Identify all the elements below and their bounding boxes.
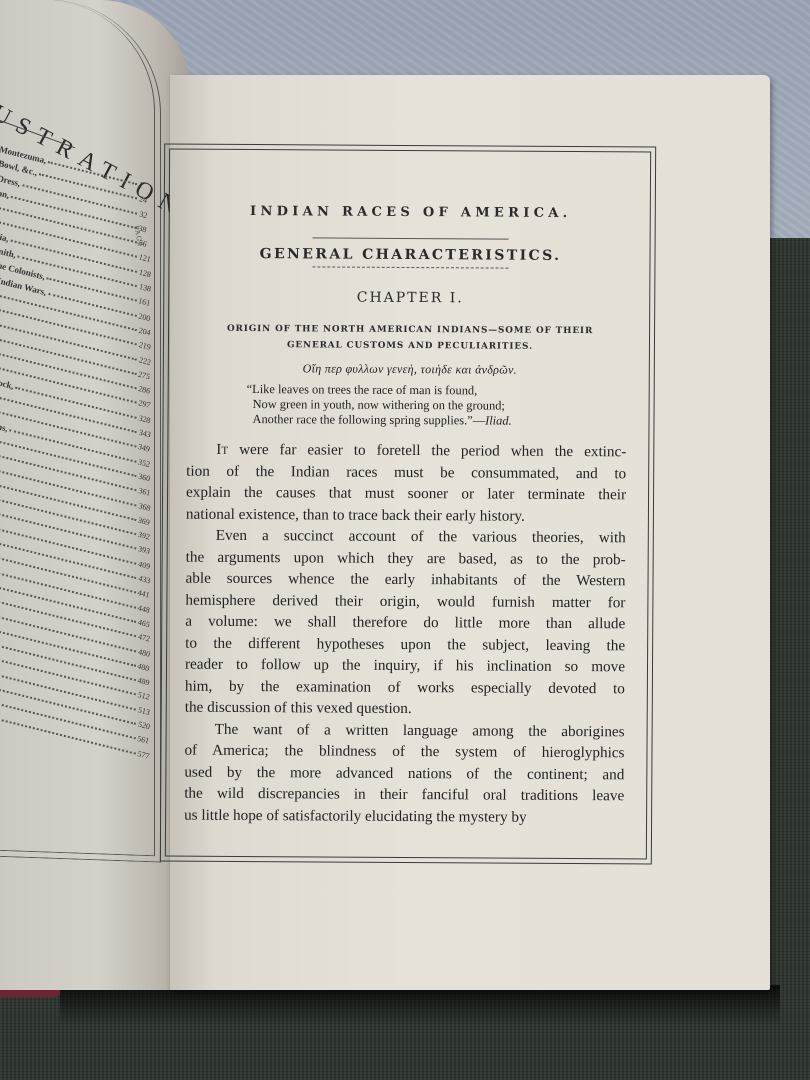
- text-line: of America; the blindness of the system …: [184, 740, 624, 764]
- text-line: the arguments upon which they are based,…: [186, 546, 626, 570]
- text-line: the discussion of this vexed question.: [185, 697, 625, 721]
- text-line: used by the more advanced nations of the…: [184, 761, 624, 785]
- paragraph: Even a succinct account of the various t…: [185, 525, 626, 721]
- chapter-title: CHAPTER I.: [183, 289, 637, 308]
- body-text: It were far easier to foretell the perio…: [180, 439, 636, 829]
- epigraph: “Like leaves on trees the race of man is…: [246, 382, 636, 429]
- text-line: hemisphere derived their origin, would f…: [185, 589, 625, 613]
- text-line: able sources whence the early inhabitant…: [185, 568, 625, 592]
- paragraph: It were far easier to foretell the perio…: [186, 439, 627, 528]
- greek-epigraph: Οἵη περ φυλλων γενεὴ, τοιὴδε και ἀνδρῶν.: [183, 361, 637, 379]
- text-line: him, by the examination of works especia…: [185, 675, 625, 699]
- book-shadow: [60, 985, 780, 1025]
- text-line: The want of a written language among the…: [185, 718, 625, 742]
- text-line: tion of the Indian races must be consumm…: [186, 460, 626, 484]
- text-line: a volume: we shall therefore do little m…: [185, 611, 625, 635]
- epigraph-source: Iliad.: [485, 413, 512, 427]
- section-rule: [312, 266, 508, 268]
- page-border-frame: INDIAN RACES OF AMERICA. GENERAL CHARACT…: [160, 144, 656, 865]
- paragraph: The want of a written language among the…: [184, 718, 625, 828]
- illustrations-list: Montezuma,1Bowl, &c.,24Dress,32ian,38561…: [0, 140, 160, 712]
- text-line: reader to follow up the inquiry, if his …: [185, 654, 625, 678]
- text-line: to the different hypotheses upon the sub…: [185, 632, 625, 656]
- running-title: INDIAN RACES OF AMERICA.: [184, 204, 638, 222]
- text-line: the wild discrepancies in their fanciful…: [184, 783, 624, 807]
- text-line: Even a succinct account of the various t…: [186, 525, 626, 549]
- chapter-summary: ORIGIN OF THE NORTH AMERICAN INDIANS—SOM…: [183, 321, 637, 356]
- text-line: It were far easier to foretell the perio…: [186, 439, 626, 463]
- text-line: national existence, than to trace back t…: [186, 503, 626, 527]
- page-content: INDIAN RACES OF AMERICA. GENERAL CHARACT…: [180, 186, 638, 829]
- chapter-summary-line: GENERAL CUSTOMS AND PECULIARITIES.: [183, 337, 637, 356]
- text-line: explain the causes that must sooner or l…: [186, 482, 626, 506]
- chapter-summary-line: ORIGIN OF THE NORTH AMERICAN INDIANS—SOM…: [183, 321, 637, 340]
- title-rule: [313, 237, 509, 239]
- epigraph-line: Another race the following spring suppli…: [246, 412, 636, 429]
- small-caps-opening: It: [216, 441, 228, 458]
- section-title: GENERAL CHARACTERISTICS.: [183, 246, 637, 265]
- text-line: us little hope of satisfactorily elucida…: [184, 804, 624, 828]
